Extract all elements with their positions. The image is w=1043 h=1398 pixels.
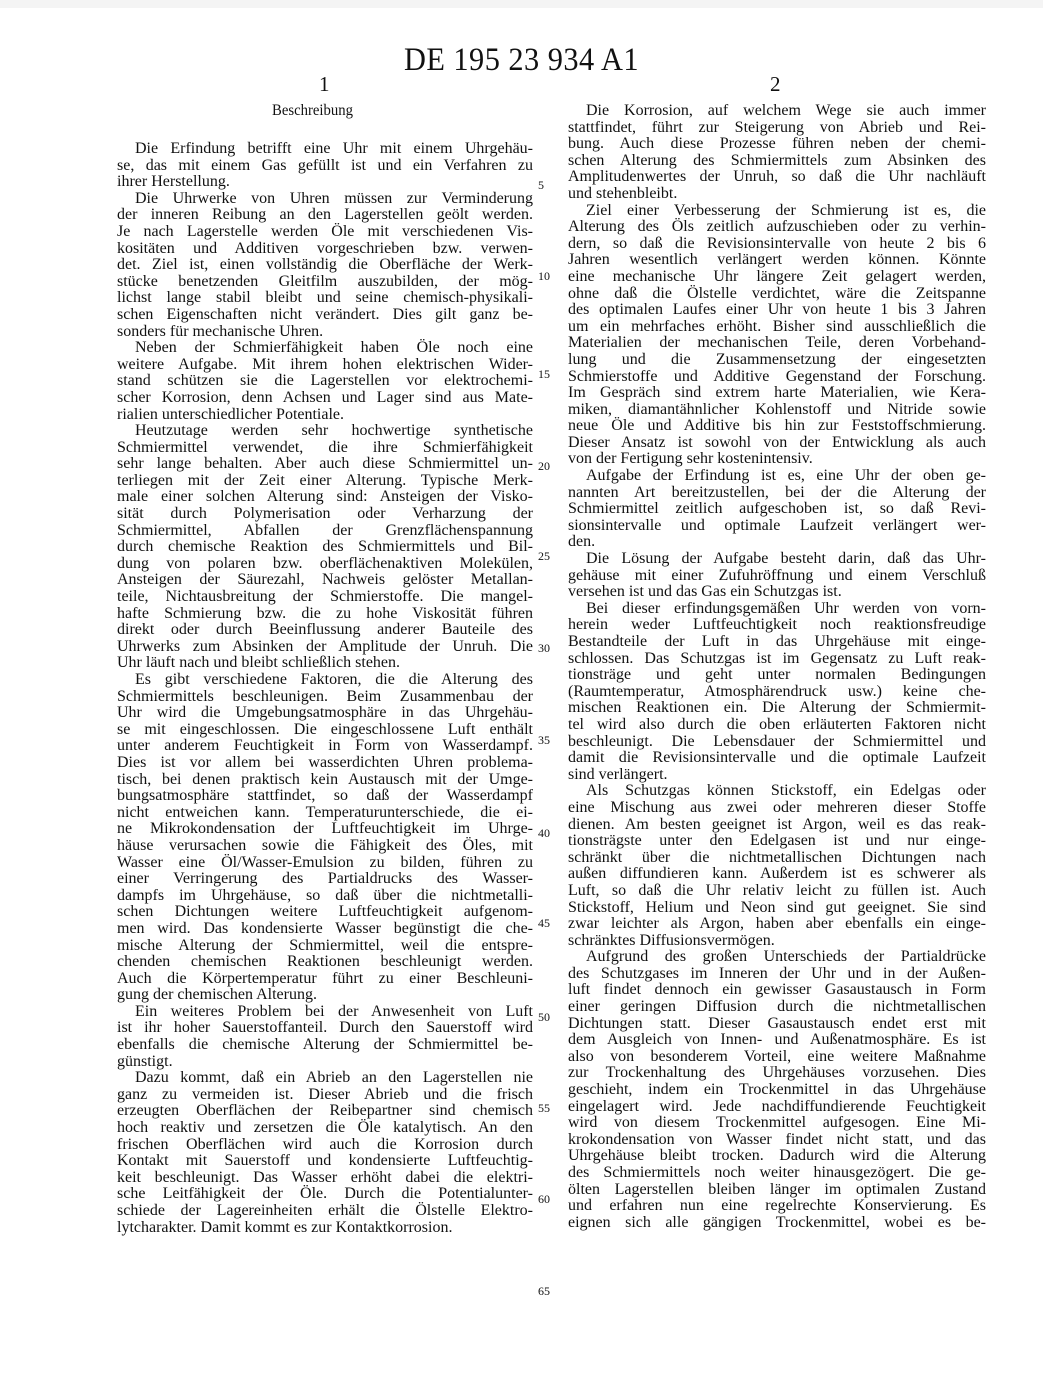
text-line: Stickstoff, Helium und Neon sind gut gee… bbox=[568, 900, 986, 917]
text-line: Uhr wird die Umgebungsatmosphäre in das … bbox=[117, 705, 533, 722]
text-line: einer geringen Diffusion durch die nicht… bbox=[568, 999, 986, 1016]
text-line: sität durch Polymerisation oder Verharzu… bbox=[117, 506, 533, 523]
text-line: von der Fertigung sehr kostenintensiv. bbox=[568, 451, 986, 468]
paragraph: Ein weiteres Problem bei der Anwesenheit… bbox=[117, 1004, 533, 1070]
text-line: damit die Revisionsintervalle und die op… bbox=[568, 750, 986, 767]
text-line: ölten Lagerstellen bleiben länger im opt… bbox=[568, 1182, 986, 1199]
text-line: Alterung des Öls zeitlich aufzuschieben … bbox=[568, 219, 986, 236]
text-line: einer Verringerung des Partialdrucks des… bbox=[117, 871, 533, 888]
text-line: zwar leichter als Argon, haben aber eben… bbox=[568, 916, 986, 933]
text-line: luft findet dennoch ein gewisser Gasaust… bbox=[568, 982, 986, 999]
text-line: ihrer Herstellung. bbox=[117, 174, 533, 191]
text-line: stand schützen sie die Lagerstellen vor … bbox=[117, 373, 533, 390]
text-line: schen Dichtungen weitere Luftfeuchtigkei… bbox=[117, 904, 533, 921]
text-line: eine Mischung aus zwei oder mehreren die… bbox=[568, 800, 986, 817]
text-line: häuse verursachen sowie die Fähigkeit de… bbox=[117, 838, 533, 855]
text-line: weitere Aufgabe. Mit ihrem hohen elektri… bbox=[117, 357, 533, 374]
line-number: 30 bbox=[538, 641, 564, 656]
text-line: gung der chemischen Alterung. bbox=[117, 987, 533, 1004]
line-number: 50 bbox=[538, 1010, 564, 1025]
text-line: Die Uhrwerke von Uhren müssen zur Vermin… bbox=[117, 191, 533, 208]
paragraph: Es gibt verschiedene Faktoren, die die A… bbox=[117, 672, 533, 1004]
text-line: neue Öle und Additive bis hin zur Festst… bbox=[568, 418, 986, 435]
text-line: Je nach Lagerstelle werden Öle mit versc… bbox=[117, 224, 533, 241]
text-line: also von besonderem Vorteil, eine weiter… bbox=[568, 1049, 986, 1066]
paragraph: Bei dieser erfindungsgemäßen Uhr werden … bbox=[568, 601, 986, 784]
text-line: sehr lange behalten. Aber auch diese Sch… bbox=[117, 456, 533, 473]
text-line: Als Schutzgas können Stickstoff, ein Ede… bbox=[568, 783, 986, 800]
text-line: Dies ist vor allem bei wasserdichten Uhr… bbox=[117, 755, 533, 772]
text-line: des Schutzgases im Inneren der Uhr und i… bbox=[568, 966, 986, 983]
text-line: Die Lösung der Aufgabe besteht darin, da… bbox=[568, 551, 986, 568]
text-line: Schmierstoffe und Additive Gegenstand de… bbox=[568, 369, 986, 386]
text-line: Jahren wesentlich verlängert werden könn… bbox=[568, 252, 986, 269]
text-line: male einer solchen Alterung sind: Anstei… bbox=[117, 489, 533, 506]
line-number: 40 bbox=[538, 826, 564, 841]
text-line: bungsatmosphäre stattfindet, so daß der … bbox=[117, 788, 533, 805]
text-line: stattfindet, führt zur Steigerung von Ab… bbox=[568, 120, 986, 137]
paragraph: Aufgabe der Erfindung ist es, eine Uhr d… bbox=[568, 468, 986, 551]
text-line: bung. Auch diese Prozesse führen neben d… bbox=[568, 136, 986, 153]
text-line: direkt oder durch Beeinflussung anderer … bbox=[117, 622, 533, 639]
text-line: Heutzutage werden sehr hochwertige synth… bbox=[117, 423, 533, 440]
text-line: der inneren Reibung an den Lagerstellen … bbox=[117, 207, 533, 224]
text-line: eignen sich alle gängigen Trockenmittel,… bbox=[568, 1215, 986, 1232]
text-line: Aufgrund des großen Unterschieds der Par… bbox=[568, 949, 986, 966]
right-text-column: Die Korrosion, auf welchem Wege sie auch… bbox=[568, 103, 986, 1231]
text-line: Ein weiteres Problem bei der Anwesenheit… bbox=[117, 1004, 533, 1021]
text-line: schränkt über die nichtmetallischen Dich… bbox=[568, 850, 986, 867]
line-number: 45 bbox=[538, 916, 564, 931]
text-line: det. Ziel ist, einen vollständig die Obe… bbox=[117, 257, 533, 274]
line-number: 20 bbox=[538, 459, 564, 474]
paragraph: Aufgrund des großen Unterschieds der Par… bbox=[568, 949, 986, 1231]
text-line: schiede der Lagereinheiten erhält die Öl… bbox=[117, 1203, 533, 1220]
text-line: eine mechanische Uhr längere Zeit gelage… bbox=[568, 269, 986, 286]
text-line: beschleunigt. Die Lebensdauer der Schmie… bbox=[568, 734, 986, 751]
text-line: schränktes Diffusionsvermögen. bbox=[568, 933, 986, 950]
text-line: dampfs im Uhrgehäuse, so daß über die ni… bbox=[117, 888, 533, 905]
text-line: und stehenbleibt. bbox=[568, 186, 986, 203]
text-line: keit beschleunigt. Das Wasser erhöht dab… bbox=[117, 1170, 533, 1187]
text-line: Uhr läuft nach und bleibt schließlich st… bbox=[117, 655, 533, 672]
text-line: men wird. Das kondensierte Wasser begüns… bbox=[117, 921, 533, 938]
text-line: Bestandteile der Luft in das Uhrgehäuse … bbox=[568, 634, 986, 651]
text-line: Im Gespräch sind extrem harte Materialie… bbox=[568, 385, 986, 402]
text-line: gehäuse mit einer Zufuhröffnung und eine… bbox=[568, 568, 986, 585]
text-line: tel wird also durch die oben erläuterten… bbox=[568, 717, 986, 734]
line-number: 15 bbox=[538, 367, 564, 382]
text-line: Dieser Ansatz ist sowohl von der Entwick… bbox=[568, 435, 986, 452]
paragraph: Neben der Schmierfähigkeit haben Öle noc… bbox=[117, 340, 533, 423]
text-line: hoch reaktiv und zersetzen die Öle katal… bbox=[117, 1120, 533, 1137]
text-line: mischen Reaktionen ein. Die Alterung der… bbox=[568, 700, 986, 717]
line-number: 10 bbox=[538, 269, 564, 284]
text-line: lung und die Zusammensetzung der eingese… bbox=[568, 352, 986, 369]
text-line: se, das mit einem Gas gefüllt ist und ei… bbox=[117, 158, 533, 175]
text-line: dung von polaren bzw. oberflächenaktiven… bbox=[117, 556, 533, 573]
text-line: Wasser eine Öl/Wasser-Emulsion zu bilden… bbox=[117, 855, 533, 872]
text-line: (Raumtemperatur, Atmosphärendruck usw.) … bbox=[568, 684, 986, 701]
text-line: und erfahren nun eine regelrechte Konser… bbox=[568, 1198, 986, 1215]
text-line: rialien unterschiedlicher Potentiale. bbox=[117, 407, 533, 424]
text-line: lichst lange stabil bleibt und seine che… bbox=[117, 290, 533, 307]
text-line: se mit eingeschlossen. Die eingeschlosse… bbox=[117, 722, 533, 739]
paragraph: Die Korrosion, auf welchem Wege sie auch… bbox=[568, 103, 986, 203]
text-line: chenden chemischen Reaktionen beschleuni… bbox=[117, 954, 533, 971]
paragraph: Als Schutzgas können Stickstoff, ein Ede… bbox=[568, 783, 986, 949]
text-line: Dichtungen statt. Dieser Gasaustausch en… bbox=[568, 1016, 986, 1033]
text-line: Uhrgehäuse bleibt trocken. Dadurch wird … bbox=[568, 1148, 986, 1165]
paragraph: Heutzutage werden sehr hochwertige synth… bbox=[117, 423, 533, 672]
text-line: ohne daß die Ölstelle verdichtet, wäre d… bbox=[568, 286, 986, 303]
text-line: mische Alterung der Schmiermittel, weil … bbox=[117, 938, 533, 955]
text-line: außen diffundieren kann. Außerdem ist es… bbox=[568, 866, 986, 883]
text-line: eingelagert wird. Jede nachdiffundierend… bbox=[568, 1099, 986, 1116]
paragraph: Die Lösung der Aufgabe besteht darin, da… bbox=[568, 551, 986, 601]
text-line: sche Leitfähigkeit der Öle. Durch die Po… bbox=[117, 1186, 533, 1203]
text-line: ebenfalls die chemische Alterung der Sch… bbox=[117, 1037, 533, 1054]
text-line: nannten Art bereitzustellen, bei der die… bbox=[568, 485, 986, 502]
text-line: Luft, so daß die Uhr relativ leicht zu f… bbox=[568, 883, 986, 900]
section-heading: Beschreibung bbox=[272, 102, 353, 120]
text-line: ist ihr hoher Sauerstoffanteil. Durch de… bbox=[117, 1020, 533, 1037]
text-line: des Schmiermittels noch weiter hinausgez… bbox=[568, 1165, 986, 1182]
text-line: krokondensation von Wasser findet nicht … bbox=[568, 1132, 986, 1149]
text-line: Materialien der mechanischen Teile, dere… bbox=[568, 335, 986, 352]
text-line: schen Eigenschaften nicht verändert. Die… bbox=[117, 307, 533, 324]
text-line: herein weder Luftfeuchtigkeit noch reakt… bbox=[568, 617, 986, 634]
text-line: des optimalen Laufes einer Uhr von heute… bbox=[568, 302, 986, 319]
text-line: kositäten und Additiven vorgeschrieben b… bbox=[117, 241, 533, 258]
text-line: sonders für mechanische Uhren. bbox=[117, 324, 533, 341]
text-line: tionsträge und geht unter normalen Bedin… bbox=[568, 667, 986, 684]
column-number-left: 1 bbox=[319, 72, 330, 97]
text-line: durch chemische Reaktion des Schmiermitt… bbox=[117, 539, 533, 556]
text-line: schen Alterung des Schmiermittels zum Ab… bbox=[568, 153, 986, 170]
text-line: Bei dieser erfindungsgemäßen Uhr werden … bbox=[568, 601, 986, 618]
left-text-column: Die Erfindung betrifft eine Uhr mit eine… bbox=[117, 141, 533, 1236]
text-line: Die Korrosion, auf welchem Wege sie auch… bbox=[568, 103, 986, 120]
text-line: Schmiermittel verwendet, die ihre Schmie… bbox=[117, 440, 533, 457]
text-line: Neben der Schmierfähigkeit haben Öle noc… bbox=[117, 340, 533, 357]
text-line: sionsintervalle und optimale Laufzeit ve… bbox=[568, 518, 986, 535]
paragraph: Dazu kommt, daß ein Abrieb an den Lagers… bbox=[117, 1070, 533, 1236]
text-line: Die Erfindung betrifft eine Uhr mit eine… bbox=[117, 141, 533, 158]
text-line: Schmiermittels beschleunigen. Beim Zusam… bbox=[117, 689, 533, 706]
line-number: 55 bbox=[538, 1101, 564, 1116]
text-line: ganz zu vermeiden ist. Dieser Abrieb und… bbox=[117, 1087, 533, 1104]
text-line: ne Mikrokondensation der Luftfeuchtigkei… bbox=[117, 821, 533, 838]
text-line: tionsträgste unter den Edelgasen ist und… bbox=[568, 833, 986, 850]
text-line: den. bbox=[568, 534, 986, 551]
text-line: dern, so daß die Revisionsintervalle von… bbox=[568, 236, 986, 253]
text-line: teile, Nichtausbreitung der Schmierstoff… bbox=[117, 589, 533, 606]
text-line: Kontakt mit Sauerstoff und kondensierte … bbox=[117, 1153, 533, 1170]
paragraph: Ziel einer Verbesserung der Schmierung i… bbox=[568, 203, 986, 469]
viewer-top-bar bbox=[0, 0, 1043, 8]
text-line: zur Trockenhaltung des Uhrgehäuses vorzu… bbox=[568, 1065, 986, 1082]
text-line: Aufgabe der Erfindung ist es, eine Uhr d… bbox=[568, 468, 986, 485]
text-line: Uhrwerks zum Absinken der Amplitude der … bbox=[117, 639, 533, 656]
text-line: erzeugten Oberflächen der Reibepartner s… bbox=[117, 1103, 533, 1120]
text-line: sind verlängert. bbox=[568, 767, 986, 784]
text-line: scher Korrosion, denn Achsen und Lager s… bbox=[117, 390, 533, 407]
text-line: frischen Oberflächen wird auch die Korro… bbox=[117, 1137, 533, 1154]
text-line: Ziel einer Verbesserung der Schmierung i… bbox=[568, 203, 986, 220]
text-line: Dazu kommt, daß ein Abrieb an den Lagers… bbox=[117, 1070, 533, 1087]
text-line: versehen ist und das Gas ein Schutzgas i… bbox=[568, 584, 986, 601]
patent-document-number: DE 195 23 934 A1 bbox=[42, 42, 1002, 79]
text-line: stücke benetzenden Gleitfilm auszubilden… bbox=[117, 274, 533, 291]
text-line: schlossen. Das Schutzgas ist im Gegensat… bbox=[568, 651, 986, 668]
line-number: 35 bbox=[538, 733, 564, 748]
text-line: dienen. Am besten geeignet ist Argon, we… bbox=[568, 817, 986, 834]
text-line: Auch die Körpertemperatur führt zu einer… bbox=[117, 971, 533, 988]
column-number-right: 2 bbox=[770, 72, 781, 97]
text-line: unter anderem Feuchtigkeit in Form von W… bbox=[117, 738, 533, 755]
paragraph: Die Erfindung betrifft eine Uhr mit eine… bbox=[117, 141, 533, 191]
paragraph: Die Uhrwerke von Uhren müssen zur Vermin… bbox=[117, 191, 533, 340]
text-line: Ansteigen der Säurezahl, Nachweis gelöst… bbox=[117, 572, 533, 589]
text-line: lytcharakter. Damit kommt es zur Kontakt… bbox=[117, 1220, 533, 1237]
text-line: Amplitudenwertes der Unruh, so daß die U… bbox=[568, 169, 986, 186]
text-line: miken, diamantähnlicher Kohlenstoff und … bbox=[568, 402, 986, 419]
text-line: günstigt. bbox=[117, 1054, 533, 1071]
text-line: geschieht, indem ein Trockenmittel in da… bbox=[568, 1082, 986, 1099]
text-line: um ein mehrfaches erhöht. Bisher sind au… bbox=[568, 319, 986, 336]
line-number: 25 bbox=[538, 549, 564, 564]
line-number: 5 bbox=[538, 178, 564, 193]
text-line: tisch, bei denen praktisch kein Austausc… bbox=[117, 772, 533, 789]
line-number: 65 bbox=[538, 1284, 564, 1299]
line-number: 60 bbox=[538, 1192, 564, 1207]
text-line: hafte Schmierung bzw. die zu hohe Viskos… bbox=[117, 606, 533, 623]
text-line: Es gibt verschiedene Faktoren, die die A… bbox=[117, 672, 533, 689]
text-line: Schmiermittel, Abfallen der Grenzflächen… bbox=[117, 523, 533, 540]
text-line: nicht entweichen kann. Temperaturuntersc… bbox=[117, 805, 533, 822]
text-line: Schmiermittel zeitlich aufgeschoben ist,… bbox=[568, 501, 986, 518]
text-line: wird von diesem Trockenmittel aufgesogen… bbox=[568, 1115, 986, 1132]
text-line: dem Ausgleich von Innen- und Außenatmosp… bbox=[568, 1032, 986, 1049]
text-line: terliegen mit der Zeit einer Alterung. T… bbox=[117, 473, 533, 490]
